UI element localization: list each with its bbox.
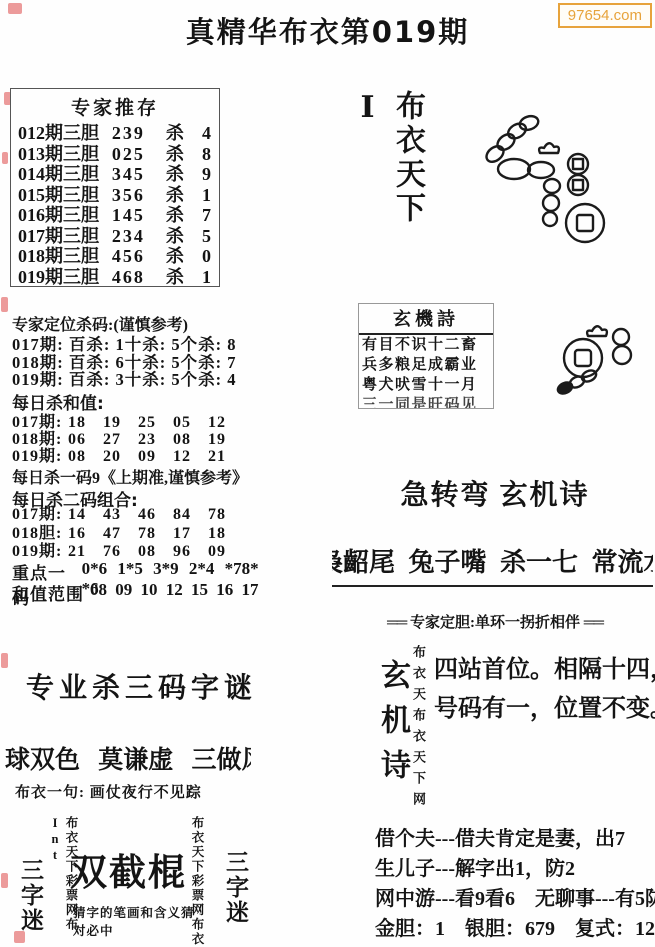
table-row: 018期三胆456杀0: [18, 246, 219, 267]
banner-deco-right: ══: [584, 615, 603, 631]
sum-range-line: 和值范围 08 09 10 12 15 16 17: [12, 580, 262, 605]
nunchaku-text: 双截棍: [70, 842, 187, 896]
table-row: 018胆:16 47 78 17 18: [12, 525, 260, 544]
table-row: 019期三胆468杀1: [18, 267, 219, 288]
kill-word: 杀: [166, 123, 202, 144]
kill-word: 杀: [166, 267, 202, 288]
issue-label: 015期三胆: [18, 185, 112, 206]
table-row: 019期: 百杀: 3十杀: 5个杀: 4: [12, 371, 257, 389]
sharp-turn-poem-heading: 急转弯 玄机诗: [335, 473, 655, 513]
line-label: 和值范围: [12, 580, 84, 605]
riddle-text-line: 球双色 莫谦虚 三做风: [5, 740, 255, 776]
table-row: 017期: 百杀: 1十杀: 5个杀: 8: [12, 336, 257, 354]
vertical-watermark: 布衣天布衣天下网: [409, 645, 428, 840]
expert-rows: 012期三胆239杀4 013期三胆025杀8 014期三胆345杀9 015期…: [11, 123, 219, 287]
banner-text: 专家定胆:单环一拐折相伴: [410, 615, 580, 631]
issue-label: 013期三胆: [18, 144, 112, 165]
number-list: 18 19 25 05 12: [68, 414, 226, 431]
kill-number: 7: [202, 205, 219, 226]
clipped-char: 袅: [332, 542, 343, 579]
site-watermark-badge[interactable]: 97654.com: [558, 3, 652, 28]
kill-word: 杀: [166, 185, 202, 206]
number-list: 08 20 09 12 21: [68, 448, 226, 465]
vertical-watermark-right: 布衣天下彩票网布衣: [188, 816, 206, 947]
issue-label: 018胆:: [12, 525, 68, 544]
daily-kill-sum-section: 每日杀和值: 017期:18 19 25 05 12 018期:06 27 23…: [12, 394, 260, 466]
bottom-notes: 借个夫---借夫肯定是妻，出7 生儿子---解字出1，防2 网中游---看9看6…: [375, 824, 655, 944]
table-row: 013期三胆025杀8: [18, 144, 219, 165]
vertical-section-title: 玄机诗: [370, 659, 414, 839]
red-ink-mark: [2, 152, 8, 164]
three-char-riddle-left: 三字迷: [14, 858, 47, 946]
buyi-sentence: 布衣一句: 画仗夜行不见踪: [15, 781, 202, 802]
dan-numbers: 234: [112, 226, 166, 247]
issue-label: 014期三胆: [18, 164, 112, 185]
table-row: 014期三胆345杀9: [18, 164, 219, 185]
kill-number: 4: [202, 123, 219, 144]
poem-line: 三一同是旺码见: [359, 395, 493, 409]
poem-line: 粤犬吠雪十一月: [359, 375, 493, 395]
dan-numbers: 239: [112, 123, 166, 144]
poem-line: 兵多粮足成霸业: [359, 355, 493, 375]
red-ink-mark: [1, 653, 8, 668]
issue-label: 018期三胆: [18, 246, 112, 267]
note-line: 金胆：1 银胆：679 复式：12679（5）: [375, 914, 655, 944]
positional-kill-section: 专家定位杀码:(谨慎参考) 017期: 百杀: 1十杀: 5个杀: 8 018期…: [12, 316, 257, 389]
table-row: 016期三胆145杀7: [18, 205, 219, 226]
table-row: 012期三胆239杀4: [18, 123, 219, 144]
dan-numbers: 356: [112, 185, 166, 206]
kill-word: 杀: [166, 164, 202, 185]
page-title: 真精华布衣第019期: [0, 10, 655, 51]
poem-line: 号码有一，位置不变。: [434, 690, 655, 729]
coin-chain-drawing: [440, 90, 650, 270]
clipped-char: 风: [242, 740, 251, 776]
coin-drawing: [540, 317, 655, 412]
lottery-tip-sheet: 真精华布衣第019期 97654.com 专家推存 012期三胆239杀4 01…: [0, 0, 655, 947]
table-row: 017期三胆234杀5: [18, 226, 219, 247]
riddle-text: 球双色 莫谦虚 三做: [5, 747, 242, 774]
kill-number: 5: [202, 226, 219, 247]
number-list: 16 47 78 17 18: [68, 525, 226, 544]
mystery-poem-title: 玄機詩: [359, 304, 493, 335]
poem-body: 四站首位。相隔十四， 号码有一，位置不变。: [434, 651, 655, 729]
section-heading: 每日杀和值:: [12, 394, 260, 414]
section-heading: 专家定位杀码:(谨慎参考): [12, 316, 257, 336]
issue-label: 012期三胆: [18, 123, 112, 144]
red-ink-mark: [1, 297, 8, 312]
three-char-riddle-right: 三字迷: [219, 850, 252, 938]
expert-recommendation-box: 专家推存 012期三胆239杀4 013期三胆025杀8 014期三胆345杀9…: [10, 88, 220, 287]
expert-box-title: 专家推存: [11, 93, 219, 120]
poem-line: 有目不识十二畜: [359, 335, 493, 355]
dan-numbers: 456: [112, 246, 166, 267]
kill-number: 1: [202, 267, 219, 288]
issue-label: 019期:: [12, 448, 68, 465]
issue-label: 018期:: [12, 431, 68, 448]
number-list: 14 43 46 84 78: [68, 506, 226, 525]
riddle-hint-line1: 猜字的笔画和含义猜: [73, 903, 195, 921]
issue-label: 017期三胆: [18, 226, 112, 247]
issue-label: 017期:: [12, 506, 68, 525]
table-row: 017期:18 19 25 05 12: [12, 414, 260, 431]
daily-kill-one-line: 每日杀一码9《上期准,谨慎参考》: [12, 465, 252, 488]
banner-deco-left: ══: [387, 615, 406, 631]
three-code-riddle-heading: 专业杀三码字谜: [26, 666, 257, 706]
number-list: 06 27 23 08 19: [68, 431, 226, 448]
table-row: 018期:06 27 23 08 19: [12, 431, 260, 448]
note-line: 网中游---看9看6 无聊事---有5防4: [375, 884, 655, 914]
note-line: 借个夫---借夫肯定是妻，出7: [375, 824, 655, 854]
table-row: 019期:08 20 09 12 21: [12, 448, 260, 465]
kill-number: 9: [202, 164, 219, 185]
riddle-hint-line2: 对必中: [73, 921, 114, 939]
issue-label: 019期三胆: [18, 267, 112, 288]
kill-word: 杀: [166, 205, 202, 226]
kill-word: 杀: [166, 246, 202, 267]
kill-number: 8: [202, 144, 219, 165]
dan-numbers: 345: [112, 164, 166, 185]
kill-word: 杀: [166, 144, 202, 165]
issue-label: 016期三胆: [18, 205, 112, 226]
number-list: 08 09 10 12 15 16 17: [90, 580, 259, 605]
dan-numbers: 468: [112, 267, 166, 288]
issue-label: 017期:: [12, 414, 68, 431]
dan-numbers: 025: [112, 144, 166, 165]
kill-number: 0: [202, 246, 219, 267]
expert-dan-banner: ══ 专家定胆:单环一拐折相伴 ══: [335, 611, 655, 632]
mystery-poem-section: 玄机诗 布衣天布衣天下网 四站首位。相隔十四， 号码有一，位置不变。: [335, 645, 655, 840]
poem-line: 四站首位。相隔十四，: [434, 651, 655, 690]
table-row: 015期三胆356杀1: [18, 185, 219, 206]
note-line: 生儿子---解字出1，防2: [375, 854, 655, 884]
riddle-text: 齠尾 兔子嘴 杀一七 常流水: [343, 548, 653, 577]
table-row: 018期: 百杀: 6十杀: 5个杀: 7: [12, 354, 257, 372]
daily-kill-pair-section: 017期:14 43 46 84 78 018胆:16 47 78 17 18 …: [12, 506, 260, 562]
mystery-poem-box: 玄機詩 有目不识十二畜 兵多粮足成霸业 粤犬吠雪十一月 三一同是旺码见: [358, 303, 494, 409]
brand-vertical-title: 布衣天下Ⅰ: [350, 90, 429, 260]
table-row: 017期:14 43 46 84 78: [12, 506, 260, 525]
dan-numbers: 145: [112, 205, 166, 226]
kill-word: 杀: [166, 226, 202, 247]
kill-number: 1: [202, 185, 219, 206]
red-ink-mark: [1, 873, 8, 888]
animal-riddle-line: 袅齠尾 兔子嘴 杀一七 常流水: [332, 542, 653, 587]
